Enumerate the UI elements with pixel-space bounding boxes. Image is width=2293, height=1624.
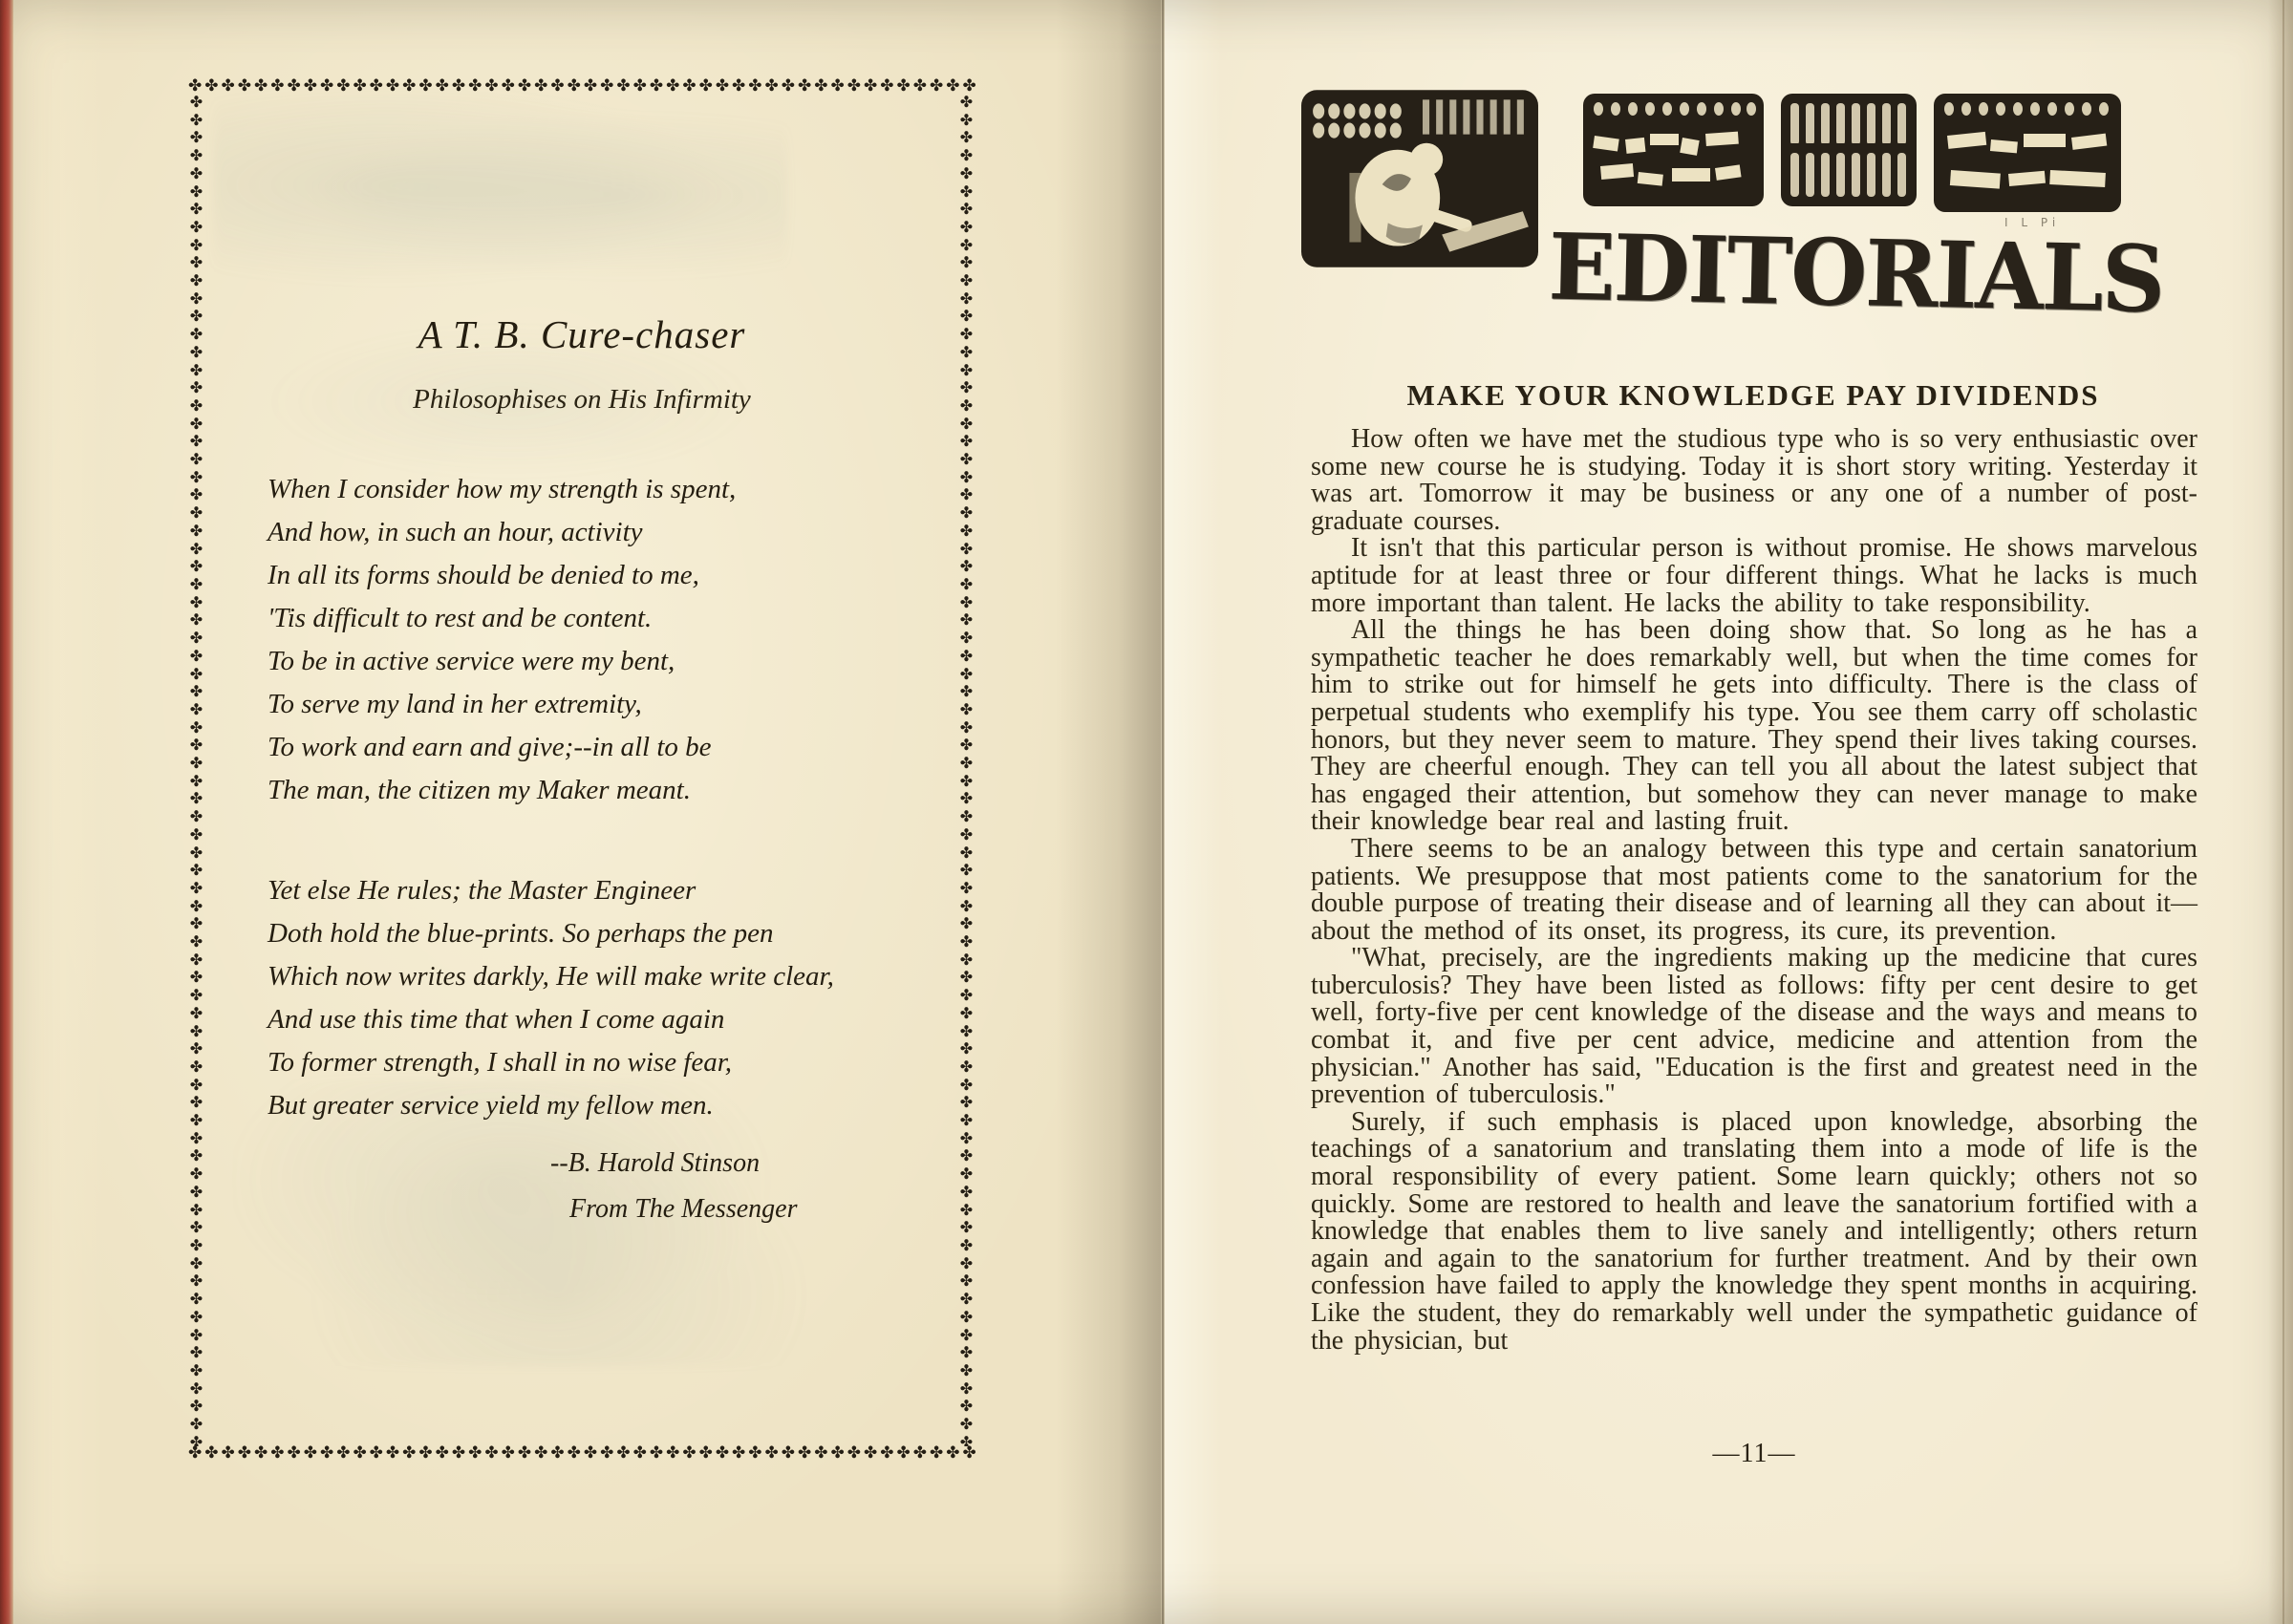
border-ornament-column-left: ✤✤✤✤✤✤✤✤✤✤✤✤✤✤✤✤✤✤✤✤✤✤✤✤✤✤✤✤✤✤✤✤✤✤✤✤✤✤✤✤…	[187, 94, 205, 1446]
bookshelf-woodcut-illustration-2	[1932, 91, 2123, 215]
page-gutter-line	[1161, 0, 1165, 1624]
poem-line: In all its forms should be denied to me,	[268, 554, 955, 597]
poem-attribution: --B. Harold Stinson	[550, 1148, 760, 1179]
border-ornament-row-bottom: ✤✤✤✤✤✤✤✤✤✤✤✤✤✤✤✤✤✤✤✤✤✤✤✤✤✤✤✤✤✤✤✤✤✤✤✤✤✤✤✤…	[188, 1443, 975, 1464]
poem-line: To former strength, I shall in no wise f…	[268, 1041, 955, 1084]
poem-line: Yet else He rules; the Master Engineer	[268, 869, 955, 912]
poem-line: When I consider how my strength is spent…	[268, 468, 955, 511]
article-paragraph: Surely, if such emphasis is placed upon …	[1311, 1109, 2197, 1355]
poem-line: Which now writes darkly, He will make wr…	[268, 955, 955, 998]
article-paragraph: It isn't that this particular person is …	[1311, 535, 2197, 617]
page-gutter-highlight	[1165, 0, 1222, 1624]
poem-stanza-1: When I consider how my strength is spent…	[268, 468, 955, 812]
page-edge-shadow	[2268, 0, 2293, 1624]
page-edge-crease	[2282, 0, 2284, 1624]
article-heading: MAKE YOUR KNOWLEDGE PAY DIVIDENDS	[1309, 378, 2197, 413]
border-ornament-column-right: ✤✤✤✤✤✤✤✤✤✤✤✤✤✤✤✤✤✤✤✤✤✤✤✤✤✤✤✤✤✤✤✤✤✤✤✤✤✤✤✤…	[957, 94, 975, 1446]
poem-line: And use this time that when I come again	[268, 998, 955, 1041]
poem-line: The man, the citizen my Maker meant.	[268, 769, 955, 812]
poem-line: Doth hold the blue-prints. So perhaps th…	[268, 912, 955, 955]
article-paragraph: How often we have met the studious type …	[1311, 426, 2197, 535]
article-paragraph: "What, precisely, are the ingredients ma…	[1311, 945, 2197, 1109]
poem-line: To be in active service were my bent,	[268, 640, 955, 683]
left-page: ✤✤✤✤✤✤✤✤✤✤✤✤✤✤✤✤✤✤✤✤✤✤✤✤✤✤✤✤✤✤✤✤✤✤✤✤✤✤✤✤…	[13, 0, 1161, 1624]
poem-title: A T. B. Cure-chaser	[188, 311, 975, 357]
bookshelf-woodcut-illustration-1	[1581, 91, 1766, 209]
writer-at-desk-woodcut-illustration	[1299, 88, 1540, 269]
book-binding-edge	[0, 0, 13, 1624]
poem-line: To serve my land in her extremity,	[268, 683, 955, 726]
poem-line: To work and earn and give;--in all to be	[268, 726, 955, 769]
page-number: —11—	[1311, 1439, 2197, 1469]
poem-line: And how, in such an hour, activity	[268, 511, 955, 554]
poem-stanza-2: Yet else He rules; the Master Engineer D…	[268, 869, 955, 1127]
poem-subtitle: Philosophises on His Infirmity	[188, 384, 975, 416]
page-gutter-shadow	[1056, 0, 1161, 1624]
article-paragraph: There seems to be an analogy between thi…	[1311, 836, 2197, 945]
article-body: How often we have met the studious type …	[1311, 426, 2197, 1355]
poem-line: But greater service yield my fellow men.	[268, 1084, 955, 1127]
window-slats-woodcut-illustration	[1779, 91, 1918, 209]
poem-line: 'Tis difficult to rest and be content.	[268, 597, 955, 640]
editorials-section-title: EDITORIALS	[1548, 212, 2218, 335]
article-paragraph: All the things he has been doing show th…	[1311, 617, 2197, 836]
poem-source: From The Messenger	[569, 1194, 797, 1225]
border-ornament-row-top: ✤✤✤✤✤✤✤✤✤✤✤✤✤✤✤✤✤✤✤✤✤✤✤✤✤✤✤✤✤✤✤✤✤✤✤✤✤✤✤✤…	[188, 76, 975, 96]
book-spread-scan: ✤✤✤✤✤✤✤✤✤✤✤✤✤✤✤✤✤✤✤✤✤✤✤✤✤✤✤✤✤✤✤✤✤✤✤✤✤✤✤✤…	[0, 0, 2293, 1624]
